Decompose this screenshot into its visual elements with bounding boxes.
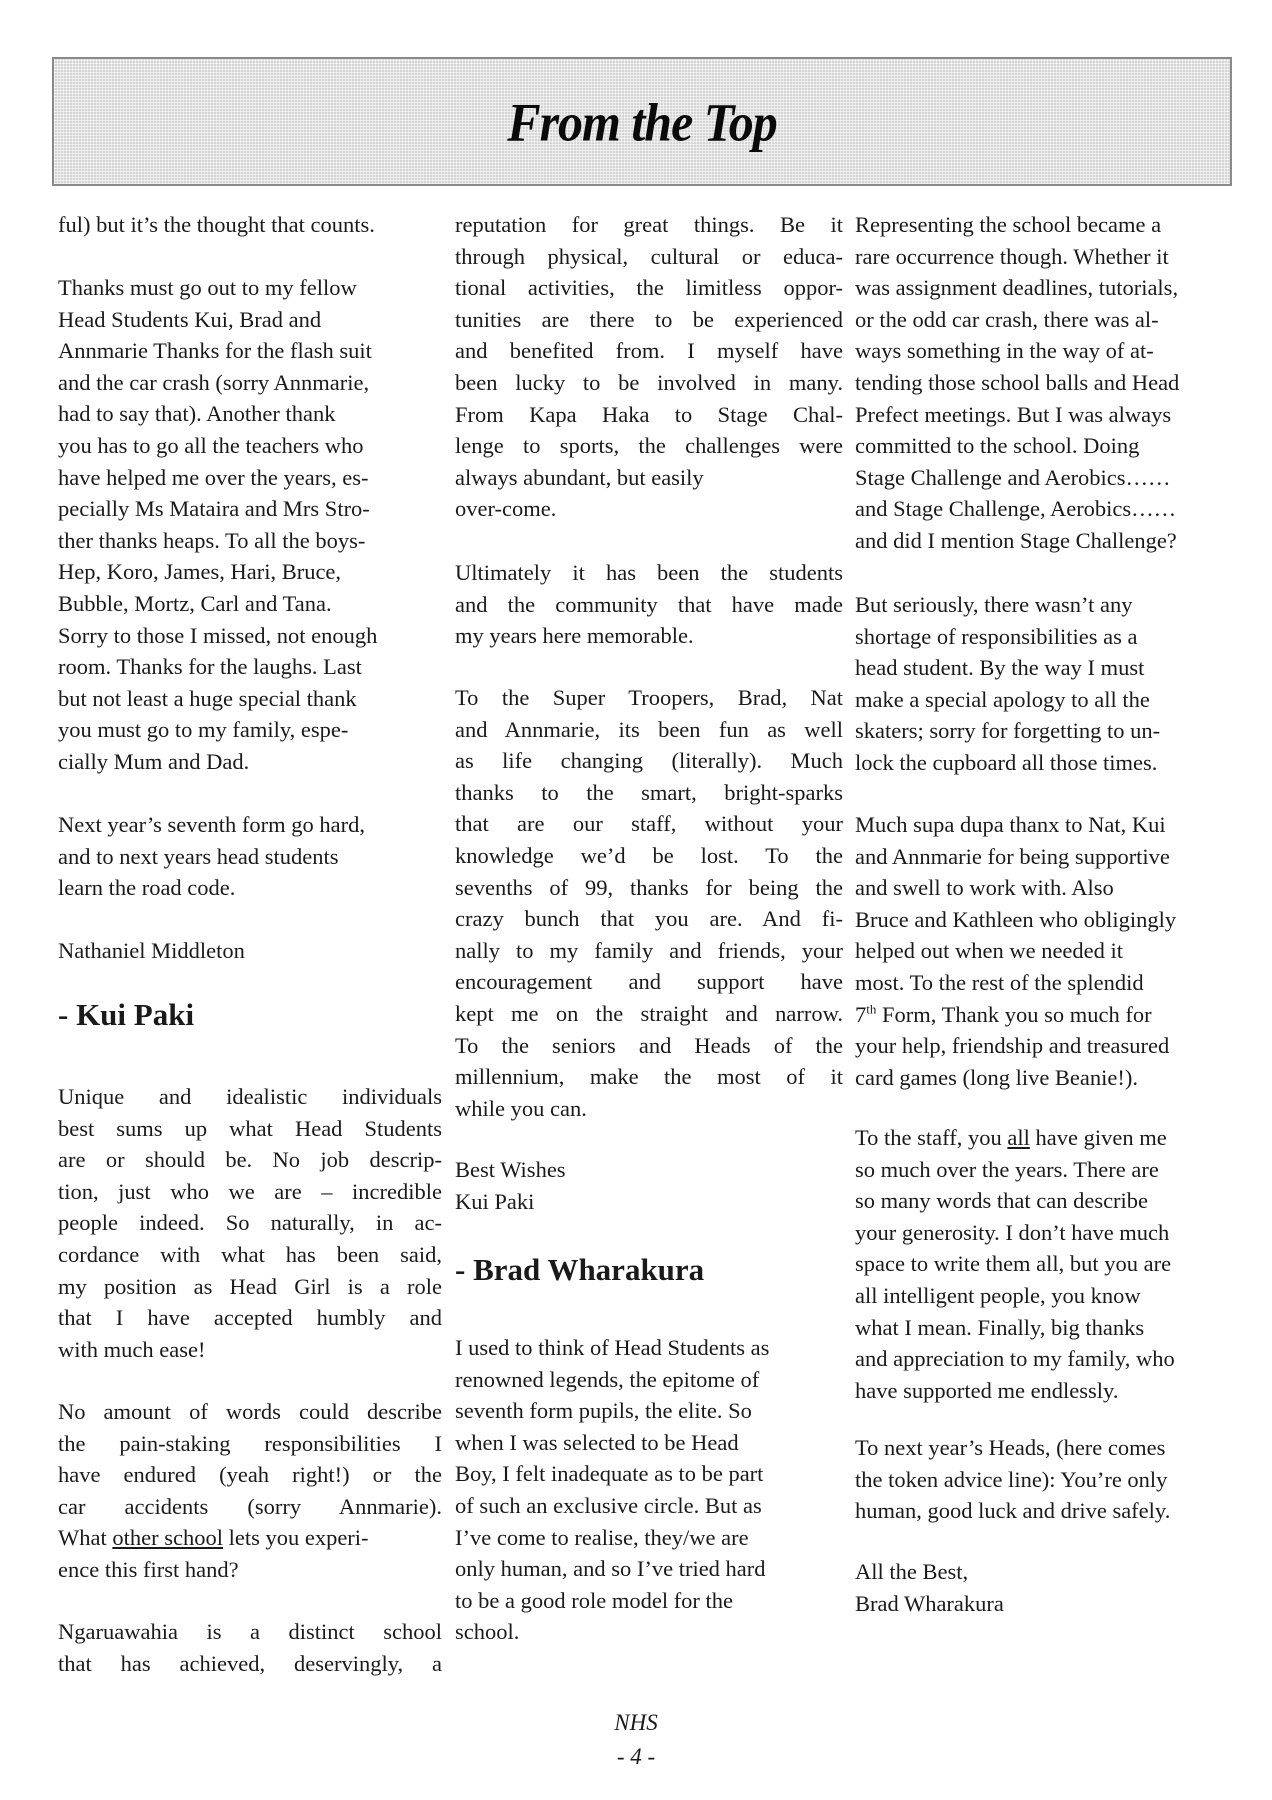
text-line: renowned legends, the epitome of xyxy=(455,1364,843,1396)
text-fragment: Form, Thank you so much for xyxy=(876,1002,1151,1027)
text-line: ence this first hand? xyxy=(58,1554,442,1586)
text-line: reputation for great things. Be it xyxy=(455,209,843,241)
text-line: and appreciation to my family, who xyxy=(855,1343,1245,1375)
text-line: and benefited from. I myself have xyxy=(455,335,843,367)
text-line: seventh form pupils, the elite. So xyxy=(455,1395,843,1427)
text-line: and to next years head students xyxy=(58,841,442,873)
text-line: To the seniors and Heads of the xyxy=(455,1030,843,1062)
heading-brad-wharakura: - Brad Wharakura xyxy=(455,1250,704,1290)
text-line: tending those school balls and Head xyxy=(855,367,1245,399)
text-line: Boy, I felt inadequate as to be part xyxy=(455,1458,843,1490)
underlined-phrase: other school xyxy=(112,1525,223,1550)
text-line: and swell to work with. Also xyxy=(855,872,1245,904)
kui-intro-paragraph: Unique and idealistic individuals best s… xyxy=(58,1081,442,1365)
text-line: and the community that have made xyxy=(455,589,843,621)
text-line: ful) but it’s the thought that counts. xyxy=(58,209,442,241)
advice-paragraph: To next year’s Heads, (here comes the to… xyxy=(855,1432,1245,1527)
text-line: Prefect meetings. But I was always xyxy=(855,399,1245,431)
underlined-word: all xyxy=(1007,1125,1030,1150)
signoff-greeting: All the Best, xyxy=(855,1556,1245,1588)
text-line: shortage of responsibilities as a xyxy=(855,621,1245,653)
text-line: ther thanks heaps. To all the boys- xyxy=(58,525,442,557)
signature-name: Nathaniel Middleton xyxy=(58,935,442,967)
ultimately-paragraph: Ultimately it has been the students and … xyxy=(455,557,843,652)
text-line: tunities are there to be experienced xyxy=(455,304,843,336)
ngaruawahia-paragraph: Ngaruawahia is a distinct school that ha… xyxy=(58,1616,442,1679)
signoff-kui: Best Wishes Kui Paki xyxy=(455,1154,843,1217)
text-line: But seriously, there wasn’t any xyxy=(855,589,1245,621)
text-line: To the Super Troopers, Brad, Nat xyxy=(455,682,843,714)
text-line: when I was selected to be Head xyxy=(455,1427,843,1459)
text-line: space to write them all, but you are xyxy=(855,1248,1245,1280)
text-line: tional activities, the limitless oppor- xyxy=(455,272,843,304)
text-line: Ngaruawahia is a distinct school xyxy=(58,1616,442,1648)
text-line: tion, just who we are – incredible xyxy=(58,1176,442,1208)
text-line: cordance with what has been said, xyxy=(58,1239,442,1271)
signoff-brad: All the Best, Brad Wharakura xyxy=(855,1556,1245,1619)
text-line: pecially Ms Mataira and Mrs Stro- xyxy=(58,493,442,525)
text-line: room. Thanks for the laughs. Last xyxy=(58,651,442,683)
brad-intro-paragraph: I used to think of Head Students as reno… xyxy=(455,1332,843,1648)
text-line: have endured (yeah right!) or the xyxy=(58,1459,442,1491)
heading-kui-paki: - Kui Paki xyxy=(58,995,194,1035)
text-line: as life changing (literally). Much xyxy=(455,745,843,777)
kui-reputation-paragraph: reputation for great things. Be it throu… xyxy=(455,209,843,525)
text-line: 7th Form, Thank you so much for xyxy=(855,999,1245,1031)
text-line: helped out when we needed it xyxy=(855,935,1245,967)
text-line: I used to think of Head Students as xyxy=(455,1332,843,1364)
staff-thanks-paragraph: To the staff, you all have given me so m… xyxy=(855,1122,1245,1406)
text-line: Much supa dupa thanx to Nat, Kui xyxy=(855,809,1245,841)
text-line: encouragement and support have xyxy=(455,966,843,998)
text-line: you must go to my family, espe- xyxy=(58,714,442,746)
text-line: that has achieved, deservingly, a xyxy=(58,1648,442,1680)
text-line: make a special apology to all the xyxy=(855,684,1245,716)
nathaniel-thanks-paragraph: Thanks must go out to my fellow Head Stu… xyxy=(58,272,442,778)
text-line: Bubble, Mortz, Carl and Tana. xyxy=(58,588,442,620)
next-year-paragraph: Next year’s seventh form go hard, and to… xyxy=(58,809,442,904)
signature-nathaniel: Nathaniel Middleton xyxy=(58,935,442,967)
text-fragment: 7 xyxy=(855,1002,866,1027)
text-line: had to say that). Another thank xyxy=(58,398,442,430)
text-line: car accidents (sorry Annmarie). xyxy=(58,1491,442,1523)
text-line: rare occurrence though. Whether it xyxy=(855,241,1245,273)
publication-name: NHS xyxy=(0,1710,1272,1736)
text-line: always abundant, but easily xyxy=(455,462,843,494)
super-troopers-paragraph: To the Super Troopers, Brad, Nat and Ann… xyxy=(455,682,843,1124)
text-line: my years here memorable. xyxy=(455,620,843,652)
text-line: and Annmarie, its been fun as well xyxy=(455,714,843,746)
text-line: that I have accepted humbly and xyxy=(58,1302,442,1334)
text-line: learn the road code. xyxy=(58,872,442,904)
signoff-name: Brad Wharakura xyxy=(855,1588,1245,1620)
text-line: all intelligent people, you know xyxy=(855,1280,1245,1312)
text-line: while you can. xyxy=(455,1093,843,1125)
kui-responsibilities-paragraph: No amount of words could describe the pa… xyxy=(58,1396,442,1586)
text-line: To next year’s Heads, (here comes xyxy=(855,1432,1245,1464)
text-line: school. xyxy=(455,1616,843,1648)
text-line: but not least a huge special thank xyxy=(58,683,442,715)
text-line: have helped me over the years, es- xyxy=(58,462,442,494)
text-line: Ultimately it has been the students xyxy=(455,557,843,589)
text-line: Thanks must go out to my fellow xyxy=(58,272,442,304)
text-line: Sorry to those I missed, not enough xyxy=(58,620,442,652)
text-line: No amount of words could describe xyxy=(58,1396,442,1428)
text-line: sevenths of 99, thanks for being the xyxy=(455,872,843,904)
text-line: What other school lets you experi- xyxy=(58,1522,442,1554)
text-line: Representing the school became a xyxy=(855,209,1245,241)
text-line: so much over the years. There are xyxy=(855,1154,1245,1186)
text-line: card games (long live Beanie!). xyxy=(855,1062,1245,1094)
text-fragment: To the staff, you xyxy=(855,1125,1007,1150)
text-line: crazy bunch that you are. And fi- xyxy=(455,903,843,935)
text-line: Next year’s seventh form go hard, xyxy=(58,809,442,841)
text-line: human, good luck and drive safely. xyxy=(855,1495,1245,1527)
text-line: only human, and so I’ve tried hard xyxy=(455,1553,843,1585)
text-line: with much ease! xyxy=(58,1334,442,1366)
column-1-intro: ful) but it’s the thought that counts. xyxy=(58,209,442,241)
text-line: are or should be. No job descrip- xyxy=(58,1144,442,1176)
text-line: or the odd car crash, there was al- xyxy=(855,304,1245,336)
text-line: have supported me endlessly. xyxy=(855,1375,1245,1407)
text-line: and Annmarie for being supportive xyxy=(855,841,1245,873)
text-line: was assignment deadlines, tutorials, xyxy=(855,272,1245,304)
text-fragment: lets you experi- xyxy=(223,1525,369,1550)
text-line: Unique and idealistic individuals xyxy=(58,1081,442,1113)
text-line: cially Mum and Dad. xyxy=(58,746,442,778)
text-line: Head Students Kui, Brad and xyxy=(58,304,442,336)
text-line: Hep, Koro, James, Hari, Bruce, xyxy=(58,556,442,588)
text-line: nally to my family and friends, your xyxy=(455,935,843,967)
text-line: millennium, make the most of it xyxy=(455,1061,843,1093)
text-line: committed to the school. Doing xyxy=(855,430,1245,462)
text-line: head student. By the way I must xyxy=(855,652,1245,684)
text-line: you has to go all the teachers who xyxy=(58,430,442,462)
text-line: kept me on the straight and narrow. xyxy=(455,998,843,1030)
text-line: To the staff, you all have given me xyxy=(855,1122,1245,1154)
section-title: From the Top xyxy=(507,90,777,153)
text-line: my position as Head Girl is a role xyxy=(58,1271,442,1303)
text-line: thanks to the smart, bright-sparks xyxy=(455,777,843,809)
section-banner: From the Top xyxy=(52,57,1232,186)
text-line: knowledge we’d be lost. To the xyxy=(455,840,843,872)
text-fragment: have given me xyxy=(1030,1125,1167,1150)
page-number: - 4 - xyxy=(0,1744,1272,1770)
text-line: and did I mention Stage Challenge? xyxy=(855,525,1245,557)
text-line: through physical, cultural or educa- xyxy=(455,241,843,273)
text-line: what I mean. Finally, big thanks xyxy=(855,1312,1245,1344)
text-fragment: What xyxy=(58,1525,112,1550)
text-line: your help, friendship and treasured xyxy=(855,1030,1245,1062)
text-line: skaters; sorry for forgetting to un- xyxy=(855,715,1245,747)
text-line: to be a good role model for the xyxy=(455,1585,843,1617)
text-line: lock the cupboard all those times. xyxy=(855,747,1245,779)
text-line: been lucky to be involved in many. xyxy=(455,367,843,399)
text-line: your generosity. I don’t have much xyxy=(855,1217,1245,1249)
text-line: Annmarie Thanks for the flash suit xyxy=(58,335,442,367)
text-line: ways something in the way of at- xyxy=(855,335,1245,367)
text-line: and Stage Challenge, Aerobics…… xyxy=(855,493,1245,525)
representing-paragraph: Representing the school became a rare oc… xyxy=(855,209,1245,557)
text-line: people indeed. So naturally, in ac- xyxy=(58,1207,442,1239)
text-line: of such an exclusive circle. But as xyxy=(455,1490,843,1522)
text-line: Bruce and Kathleen who obligingly xyxy=(855,904,1245,936)
text-line: so many words that can describe xyxy=(855,1185,1245,1217)
text-line: and the car crash (sorry Annmarie, xyxy=(58,367,442,399)
signoff-greeting: Best Wishes xyxy=(455,1154,843,1186)
seriously-paragraph: But seriously, there wasn’t any shortage… xyxy=(855,589,1245,779)
text-line: From Kapa Haka to Stage Chal- xyxy=(455,399,843,431)
text-line: the token advice line): You’re only xyxy=(855,1464,1245,1496)
text-line: lenge to sports, the challenges were xyxy=(455,430,843,462)
text-line: best sums up what Head Students xyxy=(58,1113,442,1145)
text-line: most. To the rest of the splendid xyxy=(855,967,1245,999)
supa-dupa-paragraph: Much supa dupa thanx to Nat, Kui and Ann… xyxy=(855,809,1245,1093)
ordinal-superscript: th xyxy=(866,1001,876,1016)
text-line: that are our staff, without your xyxy=(455,808,843,840)
signoff-name: Kui Paki xyxy=(455,1186,843,1218)
text-line: I’ve come to realise, they/we are xyxy=(455,1522,843,1554)
text-line: the pain-staking responsibilities I xyxy=(58,1428,442,1460)
text-line: over-come. xyxy=(455,493,843,525)
text-line: Stage Challenge and Aerobics…… xyxy=(855,462,1245,494)
